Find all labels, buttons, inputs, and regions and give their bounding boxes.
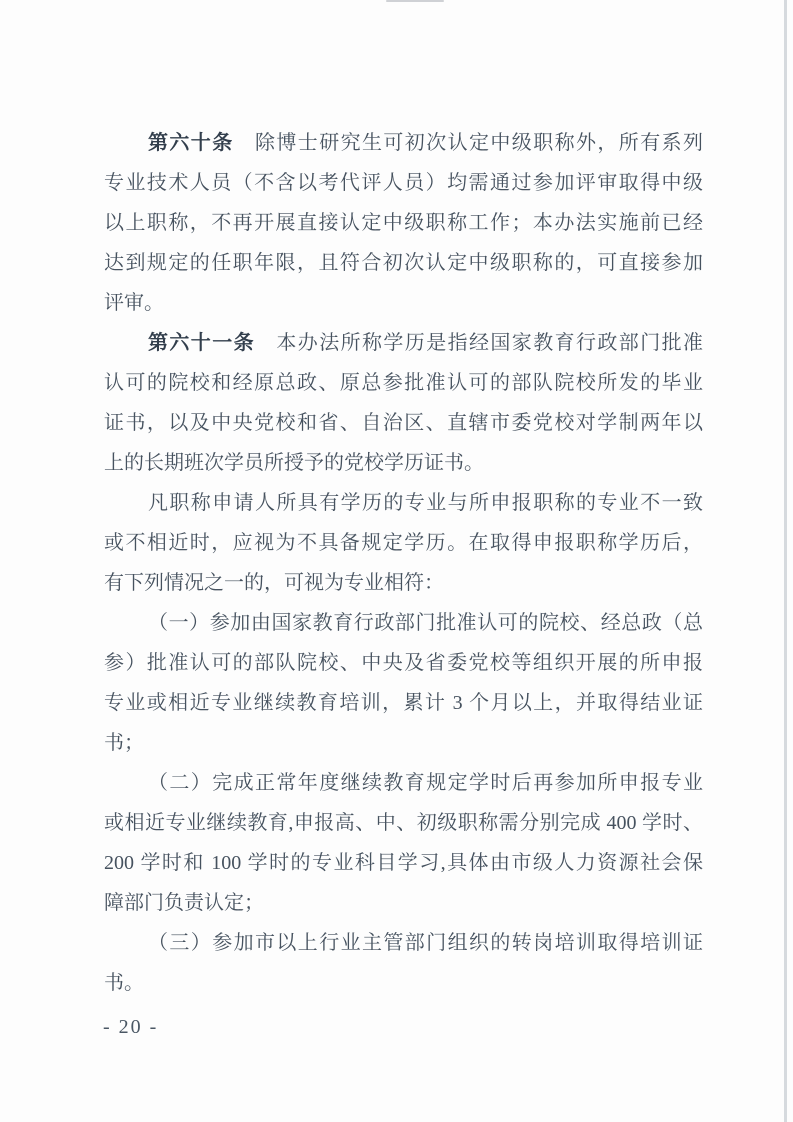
article-61-paragraph: 第六十一条 本办法所称学历是指经国家教育行政部门批准 认可的院校和经原总政、原总… <box>104 323 703 483</box>
item-1-paragraph: （一）参加由国家教育行政部门批准认可的院校、经总政（总 参）批准认可的部队院校、… <box>104 603 703 763</box>
paragraph-line: 评审。 <box>104 283 703 323</box>
paragraph-line: 以上职称，不再开展直接认定中级职称工作；本办法实施前已经 <box>104 203 703 243</box>
paragraph-line: 障部门负责认定； <box>104 883 703 923</box>
paragraph-line: 认可的院校和经原总政、原总参批准认可的部队院校所发的毕业 <box>104 363 703 403</box>
document-body: 第六十条 除博士研究生可初次认定中级职称外，所有系列 专业技术人员（不含以考代评… <box>104 123 703 1003</box>
paragraph-line: 专业或相近专业继续教育培训，累计 3 个月以上，并取得结业证 <box>104 683 703 723</box>
article-61-heading: 第六十一条 <box>148 332 255 354</box>
scan-edge-line-artifact <box>784 0 787 1122</box>
page-number: - 20 - <box>103 1012 158 1042</box>
paragraph-line: 上的长期班次学员所授予的党校学历证书。 <box>104 443 703 483</box>
paragraph-line: 达到规定的任职年限，且符合初次认定中级职称的，可直接参加 <box>104 243 703 283</box>
paragraph-line: 书。 <box>104 963 703 1003</box>
paragraph-line: 200 学时和 100 学时的专业科目学习,具体由市级人力资源社会保 <box>104 843 703 883</box>
paragraph-line: 有下列情况之一的，可视为专业相符： <box>104 563 703 603</box>
paragraph-line: （一）参加由国家教育行政部门批准认可的院校、经总政（总 <box>104 603 703 643</box>
paragraph-text: 除博士研究生可初次认定中级职称外，所有系列 <box>234 132 703 154</box>
paragraph-line: 第六十条 除博士研究生可初次认定中级职称外，所有系列 <box>104 123 703 163</box>
article-60-paragraph: 第六十条 除博士研究生可初次认定中级职称外，所有系列 专业技术人员（不含以考代评… <box>104 123 703 323</box>
paragraph-line: 参）批准认可的部队院校、中央及省委党校等组织开展的所申报 <box>104 643 703 683</box>
item-3-paragraph: （三）参加市以上行业主管部门组织的转岗培训取得培训证 书。 <box>104 923 703 1003</box>
paragraph-line: （二）完成正常年度继续教育规定学时后再参加所申报专业 <box>104 763 703 803</box>
paragraph-line: 专业技术人员（不含以考代评人员）均需通过参加评审取得中级 <box>104 163 703 203</box>
paragraph-line: 凡职称申请人所具有学历的专业与所申报职称的专业不一致 <box>104 483 703 523</box>
paragraph-text: 本办法所称学历是指经国家教育行政部门批准 <box>255 332 703 354</box>
paragraph-line: 第六十一条 本办法所称学历是指经国家教育行政部门批准 <box>104 323 703 363</box>
degree-mismatch-paragraph: 凡职称申请人所具有学历的专业与所申报职称的专业不一致 或不相近时，应视为不具备规… <box>104 483 703 603</box>
paragraph-line: 证书，以及中央党校和省、自治区、直辖市委党校对学制两年以 <box>104 403 703 443</box>
paragraph-line: 或不相近时，应视为不具备规定学历。在取得申报职称学历后， <box>104 523 703 563</box>
paragraph-line: 书； <box>104 723 703 763</box>
scan-top-smudge-artifact <box>386 0 444 2</box>
paragraph-line: （三）参加市以上行业主管部门组织的转岗培训取得培训证 <box>104 923 703 963</box>
document-page: 第六十条 除博士研究生可初次认定中级职称外，所有系列 专业技术人员（不含以考代评… <box>0 0 793 1122</box>
item-2-paragraph: （二）完成正常年度继续教育规定学时后再参加所申报专业 或相近专业继续教育,申报高… <box>104 763 703 923</box>
article-60-heading: 第六十条 <box>148 132 234 154</box>
paragraph-line: 或相近专业继续教育,申报高、中、初级职称需分别完成 400 学时、 <box>104 803 703 843</box>
